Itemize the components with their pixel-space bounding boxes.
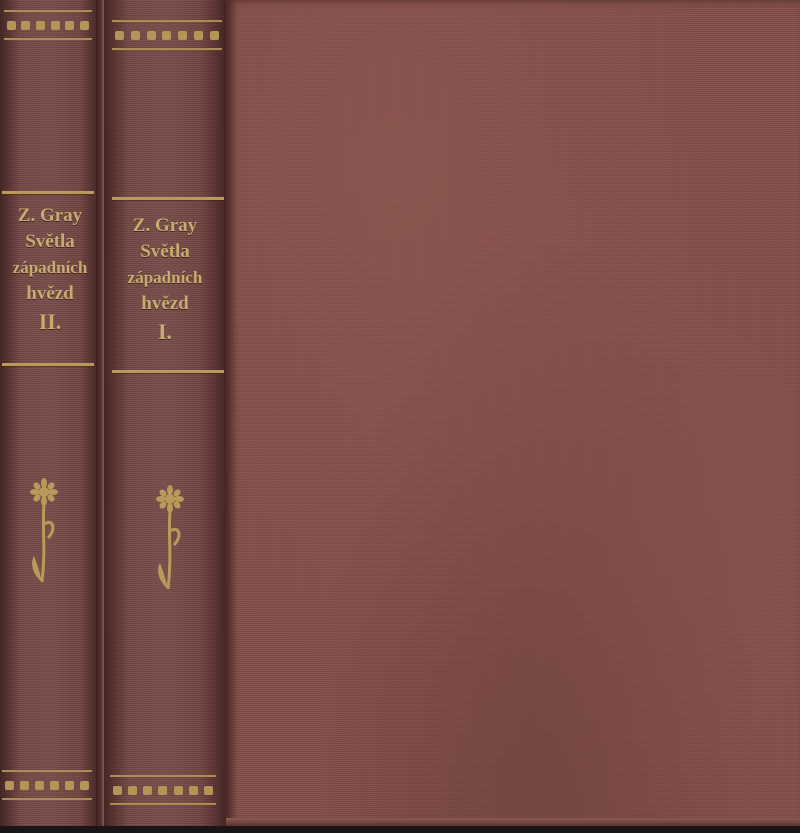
spine-title-line: hvězd bbox=[108, 291, 222, 317]
flower-icon bbox=[152, 485, 188, 595]
cover-bottom-edge bbox=[226, 818, 800, 826]
spine-volume-1: Z. Gray Světla západních hvězd I. bbox=[104, 0, 226, 826]
spine-title-block: Z. Gray Světla západních hvězd II. bbox=[0, 203, 100, 335]
book-photo: Z. Gray Světla západních hvězd II. bbox=[0, 0, 800, 826]
spine-volume: I. bbox=[108, 319, 222, 345]
gold-rule-bottom bbox=[2, 363, 94, 366]
spine-title-line: hvězd bbox=[0, 281, 100, 307]
bottom-ornamental-band bbox=[110, 775, 216, 805]
spine-title-line: Světla bbox=[108, 239, 222, 265]
bottom-ornamental-band bbox=[2, 770, 92, 800]
flower-icon bbox=[26, 478, 62, 588]
gold-rule-bottom bbox=[112, 370, 224, 373]
front-cover bbox=[226, 0, 800, 826]
top-ornamental-band bbox=[112, 20, 222, 50]
spine-title-line: západních bbox=[0, 255, 100, 281]
spine-volume: II. bbox=[0, 309, 100, 335]
top-ornamental-band bbox=[4, 10, 92, 40]
gold-rule-top bbox=[112, 197, 224, 200]
spine-title-line: Světla bbox=[0, 229, 100, 255]
spine-title-block: Z. Gray Světla západních hvězd I. bbox=[108, 213, 222, 345]
spine-volume-2: Z. Gray Světla západních hvězd II. bbox=[0, 0, 100, 826]
spine-author: Z. Gray bbox=[108, 213, 222, 239]
spine-author: Z. Gray bbox=[0, 203, 100, 229]
gold-rule-top bbox=[2, 191, 94, 194]
table-shadow bbox=[0, 826, 800, 833]
spine-title-line: západních bbox=[108, 265, 222, 291]
